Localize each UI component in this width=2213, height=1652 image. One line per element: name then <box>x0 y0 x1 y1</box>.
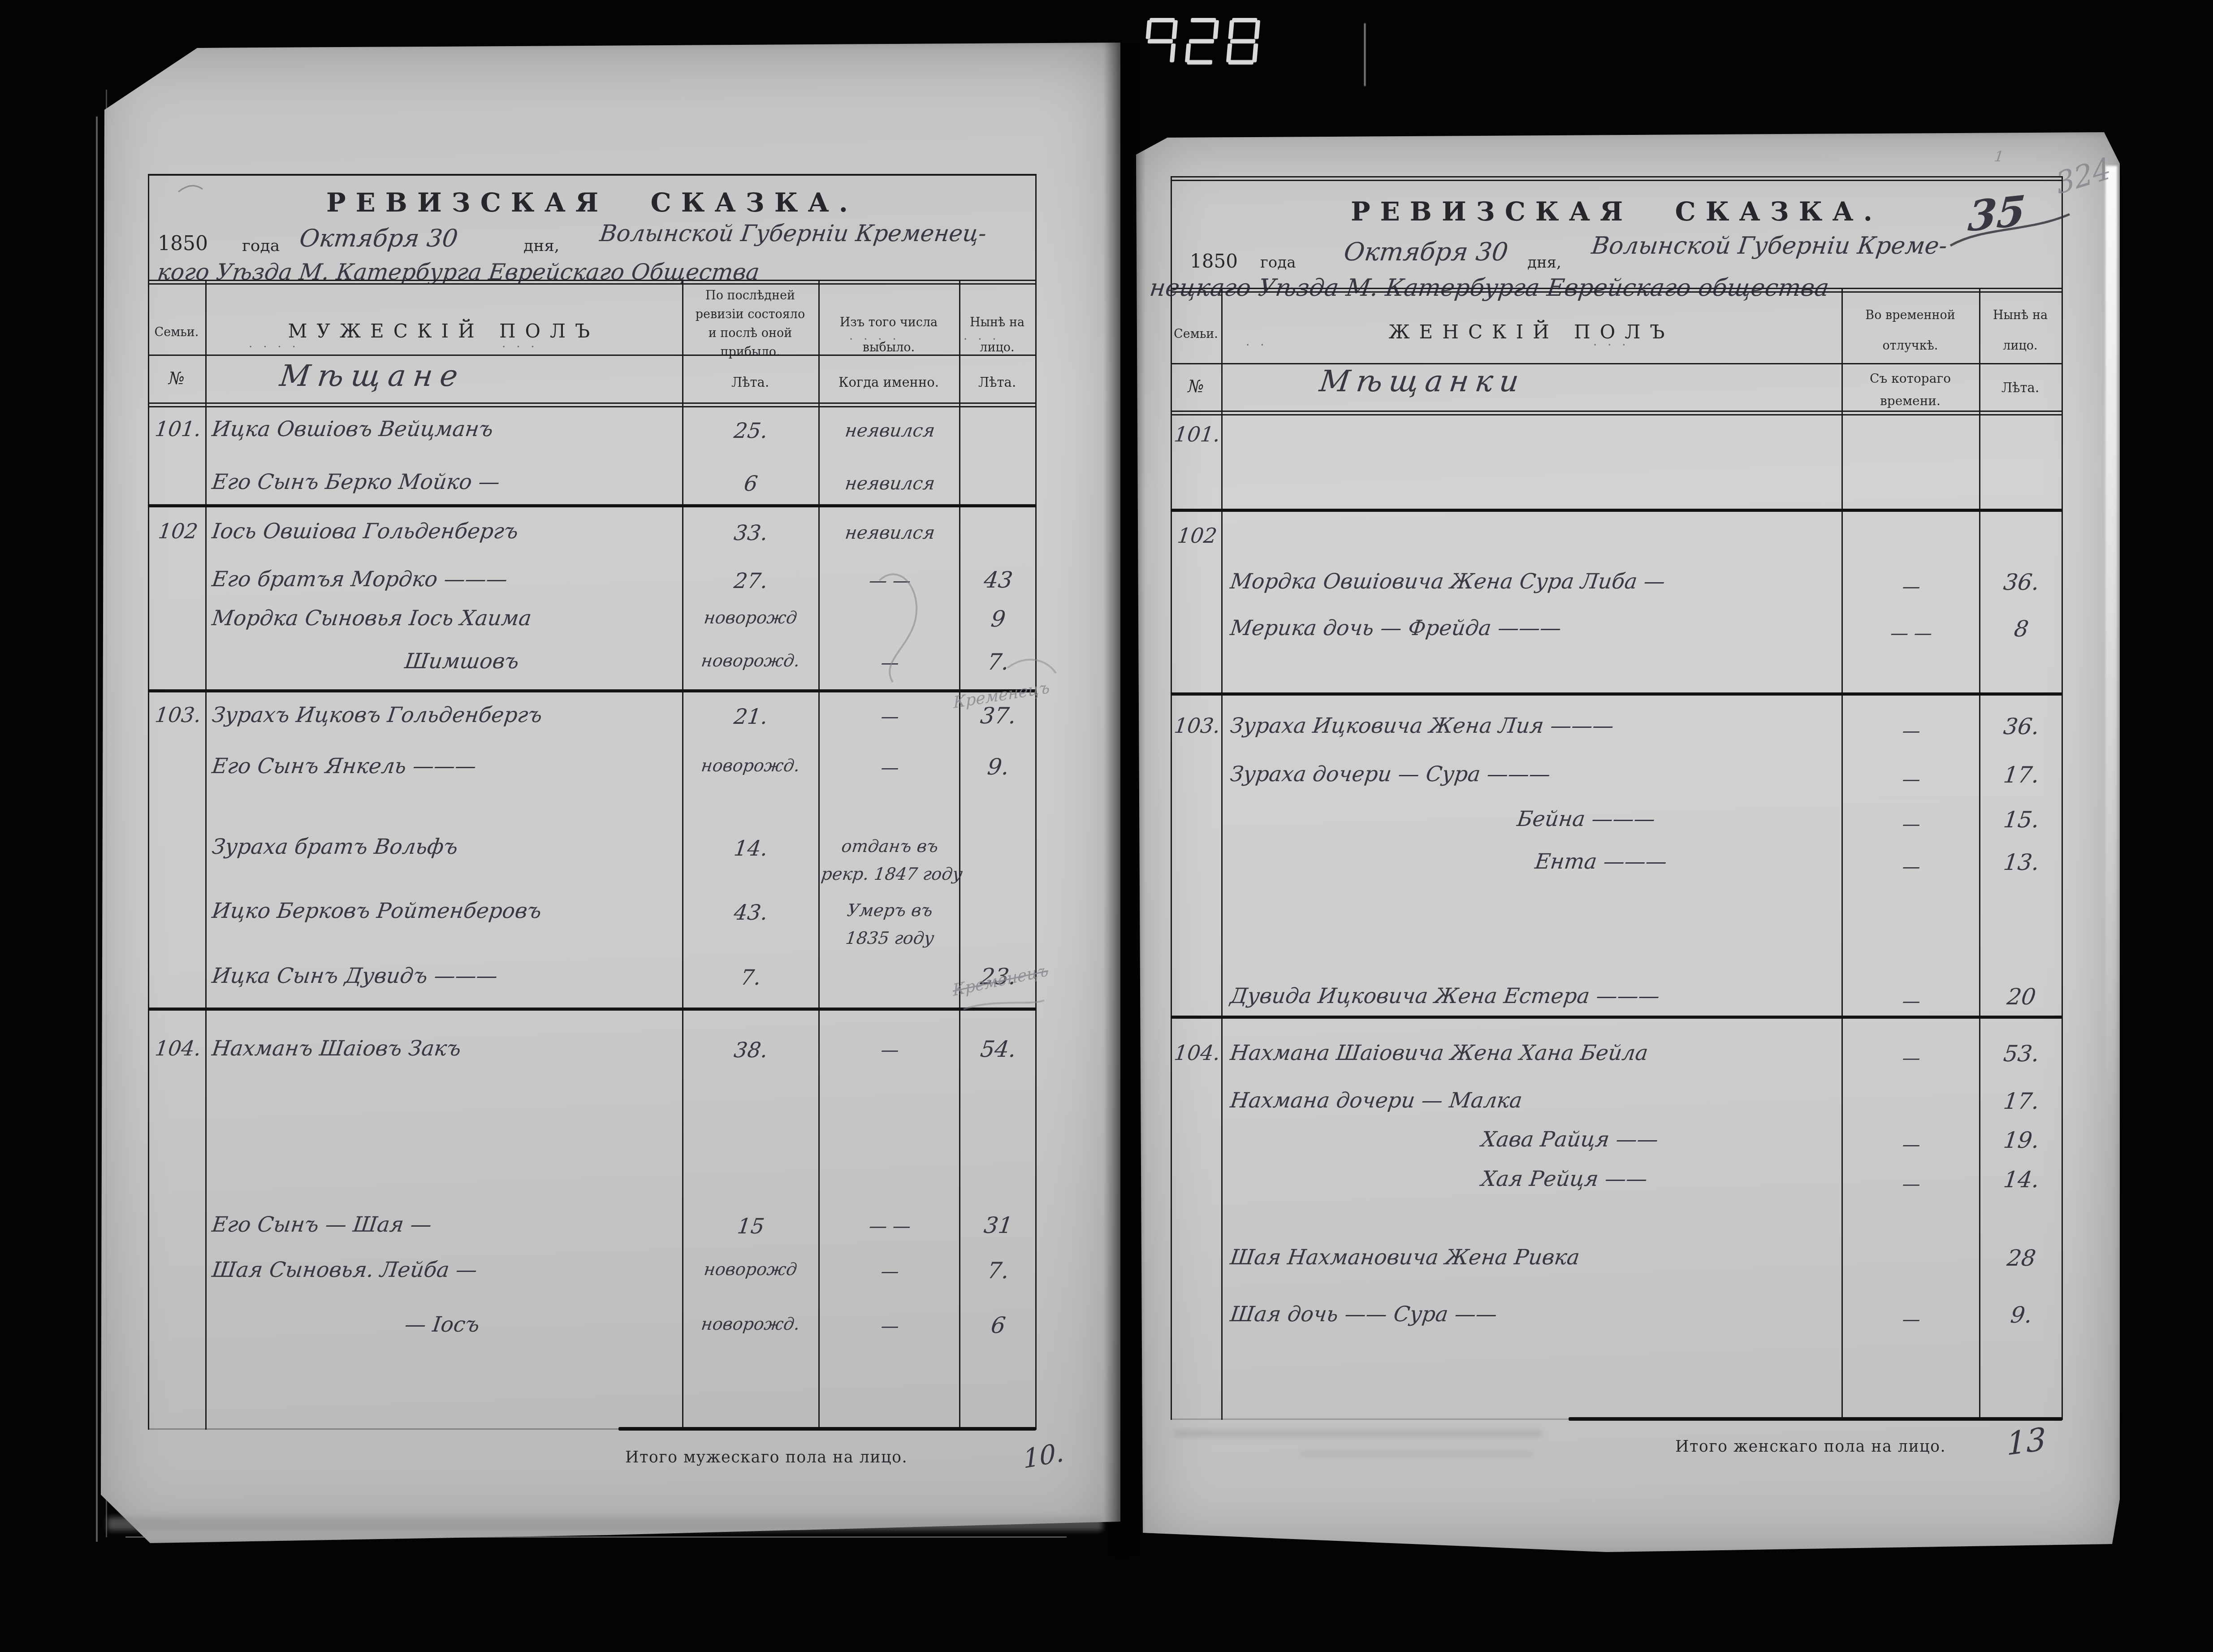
gutter-shadow <box>1103 43 1146 1557</box>
row-family-number: 101. <box>1171 422 1223 446</box>
header-rule <box>148 406 1036 407</box>
column-line <box>1221 288 1223 1420</box>
row-name: Его Сынъ Берко Мойко — <box>211 470 501 494</box>
row-name: Зурахъ Ицковъ Гольденбергъ <box>211 703 544 727</box>
row-since: — — <box>1843 623 1980 644</box>
row-name: Ента ——— <box>1534 849 1668 874</box>
row-family-number: 104. <box>150 1036 207 1060</box>
subheader-number: № <box>148 368 205 388</box>
row-family-number: 103. <box>150 703 207 727</box>
paper-smudge <box>1300 1451 1533 1457</box>
row-when: — <box>820 757 960 778</box>
row-present-age: 7. <box>959 649 1037 675</box>
year-value: 1850 <box>158 232 208 255</box>
row-when: — <box>820 1040 960 1060</box>
row-when: — — <box>820 571 960 591</box>
table-top-border <box>148 174 1036 176</box>
row-family-number: 102 <box>1171 523 1223 548</box>
row-name: Ицко Берковъ Ройтенберовъ <box>211 899 543 923</box>
row-present-age: 53. <box>1979 1041 2064 1067</box>
subheader-number: № <box>1171 376 1221 396</box>
row-since: — <box>1843 1309 1980 1330</box>
segment <box>1171 20 1178 39</box>
row-family-number: 101. <box>150 417 207 441</box>
table-bottom-border <box>618 1427 1036 1431</box>
segment <box>1232 18 1258 22</box>
row-name: Шимшовъ <box>403 649 520 674</box>
row-name: Его Сынъ Янкель ——— <box>211 754 478 778</box>
row-age: новорожд. <box>682 756 819 775</box>
row-when: неявился <box>820 523 960 543</box>
page-number-handwritten: 35 <box>1967 186 2027 241</box>
row-since: — <box>1843 814 1980 835</box>
row-when: — <box>820 653 960 673</box>
row-name: Зураха братъ Вольфъ <box>211 835 459 859</box>
row-name: Шая Сыновья. Лейба — <box>211 1258 479 1282</box>
dot-leader: . . . <box>1593 335 1629 349</box>
family-separator-line <box>1171 692 2062 696</box>
row-name: Дувида Ицковича Жена Естера ——— <box>1229 984 1661 1008</box>
row-present-age: 31 <box>959 1212 1037 1238</box>
place-handwritten-line2: нецкаго Уѣзда М. Катербурга Еврейскаго о… <box>1148 274 1830 302</box>
subheader-age: Лѣта. <box>1979 380 2062 395</box>
column-header-family: Семьи. <box>148 326 205 338</box>
segment <box>1226 43 1232 62</box>
dot-leader: . . <box>1246 335 1267 349</box>
row-age: 21. <box>682 705 820 729</box>
counter-digit <box>1143 18 1179 65</box>
subheader-when: Когда именно. <box>818 375 959 390</box>
segment <box>1145 20 1152 39</box>
row-present-age: 19. <box>1979 1127 2064 1153</box>
row-present-age: 36. <box>1979 714 2064 740</box>
table-top-border <box>1171 176 2062 177</box>
header-rule <box>148 402 1036 404</box>
row-name: Іось Овшіова Гольденбергъ <box>211 519 520 544</box>
row-since: — <box>1843 576 1980 597</box>
counter-digit <box>1184 18 1220 65</box>
row-when: неявился <box>820 473 960 494</box>
header-rule <box>1171 411 2062 412</box>
column-header-present-2: лицо. <box>1979 340 2062 352</box>
row-present-age: 54. <box>959 1036 1037 1062</box>
left-footer-label: Итого мужескаго пола на лицо. <box>625 1449 908 1466</box>
family-separator-line <box>148 689 1036 692</box>
segment <box>1148 39 1173 43</box>
subheader-since-2: времени. <box>1841 394 1979 408</box>
segment <box>1252 43 1258 62</box>
table-border <box>148 174 149 1430</box>
column-line <box>1979 288 1980 1420</box>
row-name: Ицка Сынъ Дувидъ ——— <box>211 964 499 988</box>
paper-smudge <box>108 1517 1102 1531</box>
row-present-age: 28 <box>1979 1245 2064 1271</box>
row-name: Бейна ——— <box>1516 807 1656 831</box>
column-header-absence-2: отлучкѣ. <box>1841 340 1979 352</box>
row-present-age: 14. <box>1979 1167 2064 1193</box>
row-family-number: 102 <box>150 519 207 543</box>
row-name: Шая дочь —— Сура —— <box>1229 1302 1499 1327</box>
column-header-revision-3: и послѣ оной <box>682 327 818 339</box>
row-since: — <box>1843 991 1980 1012</box>
row-age: 33. <box>682 521 820 545</box>
page-edge-highlight <box>2105 166 2117 1129</box>
row-present-age: 43 <box>959 567 1037 593</box>
segment <box>1254 20 1260 39</box>
date-handwritten: Октября 30 <box>298 224 459 252</box>
row-age: новорожд. <box>682 1314 819 1334</box>
row-name: Нахмана дочери — Малка <box>1229 1088 1524 1113</box>
column-header-revision-1: По послѣдней <box>682 290 818 302</box>
column-header-departed-1: Изъ того числа <box>818 316 959 329</box>
row-age: новорожд <box>682 608 819 627</box>
row-since: — <box>1843 721 1980 741</box>
row-when: 1835 году <box>820 928 960 948</box>
table-bottom-border <box>1569 1417 2062 1421</box>
row-when: — <box>820 706 960 727</box>
row-when: — <box>820 1261 960 1282</box>
row-family-number: 104. <box>1171 1041 1223 1065</box>
segment <box>1187 60 1212 65</box>
row-name: Нахмана Шаіовича Жена Хана Бейла <box>1229 1041 1650 1065</box>
table-bottom-border <box>148 1428 618 1430</box>
row-name: Его Сынъ — Шая — <box>211 1212 433 1237</box>
row-since: — <box>1843 769 1980 790</box>
row-present-age: 6 <box>959 1312 1037 1338</box>
row-present-age: 9. <box>959 754 1037 780</box>
row-present-age: 9. <box>1979 1302 2064 1328</box>
segment <box>1191 18 1216 22</box>
row-age: 15 <box>682 1214 820 1239</box>
row-age: 14. <box>682 836 820 861</box>
column-line <box>818 280 820 1430</box>
row-age: 7. <box>682 965 820 990</box>
year-word: года <box>242 237 280 255</box>
row-family-number: 103. <box>1171 714 1223 738</box>
frame-counter <box>1145 18 1280 67</box>
segment <box>1230 39 1256 43</box>
row-name: Его братъя Мордко ——— <box>211 567 509 592</box>
counter-digit <box>1226 18 1261 65</box>
header-rule <box>148 355 1036 356</box>
subheader-names: Мѣщане <box>278 359 467 393</box>
segment <box>1228 60 1253 65</box>
column-header-gender: ЖЕНСКІЙ ПОЛЪ <box>1221 323 1841 342</box>
table-bottom-border <box>1171 1418 1574 1420</box>
row-name: Зураха Ицковича Жена Лия ——— <box>1229 714 1615 738</box>
row-age: 25. <box>682 419 820 443</box>
column-header-absence-1: Во временной <box>1841 309 1979 321</box>
paper-smudge <box>1174 1430 1542 1437</box>
subheader-age2: Лѣта. <box>959 375 1035 390</box>
row-when: неявился <box>820 420 960 441</box>
row-present-age: 36. <box>1979 569 2064 595</box>
row-present-age: 15. <box>1979 807 2064 833</box>
year-word: года <box>1260 254 1296 272</box>
column-header-revision-2: ревизіи состояло <box>682 308 818 320</box>
right-footer-total: 13 <box>2006 1420 2047 1463</box>
row-since: — <box>1843 1134 1980 1155</box>
row-name: Хава Райця —— <box>1480 1127 1660 1152</box>
row-when: Умеръ въ <box>820 900 960 920</box>
row-present-age: 7. <box>959 1258 1037 1284</box>
page-title: РЕВИЗСКАЯ СКАЗКА. <box>148 187 1036 218</box>
row-since: — <box>1843 856 1980 877</box>
row-name: Нахманъ Шаіовъ Закъ <box>211 1036 462 1061</box>
row-present-age: 13. <box>1979 849 2064 875</box>
column-header-revision-4: прибыло. <box>682 346 818 358</box>
segment <box>1189 39 1215 43</box>
row-age: 38. <box>682 1038 820 1063</box>
row-name: Мерика дочь — Фрейда ——— <box>1229 616 1563 640</box>
row-present-age: 20 <box>1979 984 2064 1010</box>
year-value: 1850 <box>1190 250 1238 272</box>
page-stack-edge <box>96 117 98 1542</box>
row-when: отданъ въ <box>820 836 960 856</box>
row-name: Зураха дочери — Сура ——— <box>1229 762 1552 787</box>
row-since: — <box>1843 1048 1980 1068</box>
day-word: дня, <box>1527 254 1561 272</box>
row-when: — <box>820 1316 960 1336</box>
row-name: — Іосъ <box>403 1312 481 1337</box>
column-header-family: Семьи. <box>1171 328 1221 340</box>
family-separator-line <box>148 504 1036 507</box>
dot-leader: . . . <box>502 337 538 350</box>
row-when: — — <box>820 1216 960 1237</box>
segment <box>1228 20 1234 39</box>
subheader-since-1: Съ котораго <box>1841 371 1979 386</box>
segment <box>1150 18 1175 22</box>
header-rule <box>1171 414 2062 415</box>
row-name: Мордка Овшіовича Жена Сура Либа — <box>1229 569 1667 594</box>
column-header-present-1: Нынѣ на <box>959 316 1035 329</box>
row-name: Шая Нахмановича Жена Ривка <box>1229 1245 1581 1270</box>
row-age: 27. <box>682 569 820 593</box>
row-present-age: 17. <box>1979 1088 2064 1114</box>
segment <box>1185 43 1191 62</box>
day-word: дня, <box>523 237 559 255</box>
place-handwritten: Волынской Губерніи Креме- <box>1590 232 1949 259</box>
row-age: новорожд <box>682 1259 819 1279</box>
row-name: Ицка Овшіовъ Вейцманъ <box>211 417 495 441</box>
column-line <box>959 280 960 1430</box>
page-stack-edge <box>125 1536 1067 1538</box>
dot-leader: · · · · <box>849 333 899 346</box>
row-age: 43. <box>682 900 820 925</box>
row-age: 6 <box>682 471 820 496</box>
column-line <box>1841 288 1843 1420</box>
row-present-age: 8 <box>1979 616 2064 642</box>
segment <box>1170 43 1176 62</box>
family-separator-line <box>1171 1016 2062 1019</box>
column-line <box>205 280 207 1430</box>
table-top-border <box>1171 180 2062 181</box>
row-present-age: 9 <box>959 606 1037 632</box>
right-footer-label: Итого женскаго пола на лицо. <box>1675 1438 1946 1456</box>
page-title: РЕВИЗСКАЯ СКАЗКА. <box>1171 196 2062 227</box>
row-name: Мордка Сыновья Іось Хаима <box>211 606 533 631</box>
table-border <box>1035 174 1037 1430</box>
microfilm-scan: РЕВИЗСКАЯ СКАЗКА. 1850 года Октября 30 д… <box>0 0 2213 1652</box>
family-separator-line <box>1171 509 2062 512</box>
subheader-age: Лѣта. <box>682 375 818 390</box>
row-name: Хая Рейця —— <box>1480 1167 1649 1191</box>
dot-leader: · · · <box>964 333 999 346</box>
family-separator-line <box>148 1008 1036 1011</box>
row-age: новорожд. <box>682 651 819 670</box>
row-when: рекр. 1847 году <box>820 864 960 884</box>
subheader-names: Мѣщанки <box>1318 364 1527 398</box>
place-handwritten: Волынской Губерніи Кременец- <box>598 221 988 247</box>
row-present-age: 17. <box>1979 762 2064 788</box>
page-stack-edge <box>106 90 107 1537</box>
film-scratch <box>1364 23 1366 86</box>
column-header-present-1: Нынѣ на <box>1979 309 2062 321</box>
header-rule <box>1171 363 2062 364</box>
place-handwritten-line2: кого Уѣзда М. Катербурга Еврейскаго Обще… <box>156 259 761 285</box>
row-since: — <box>1843 1174 1980 1194</box>
date-handwritten: Октября 30 <box>1342 238 1510 267</box>
dot-leader: . . . . <box>249 337 299 350</box>
segment <box>1213 20 1219 39</box>
